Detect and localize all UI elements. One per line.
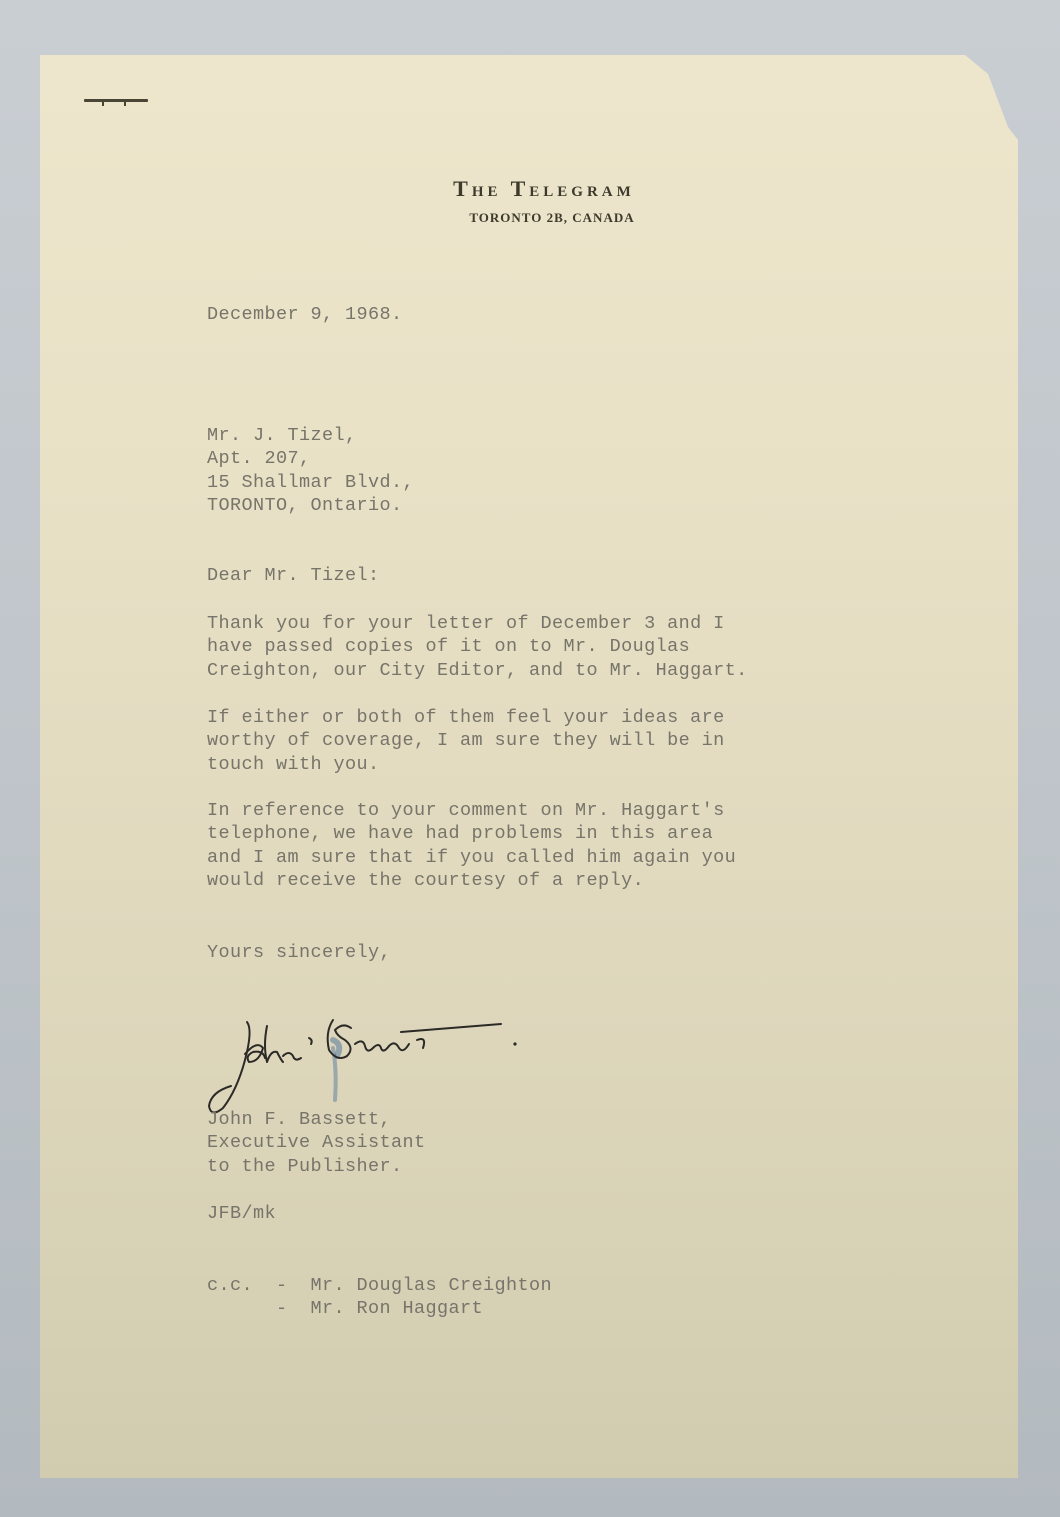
address-line: 15 Shallmar Blvd., [207,471,414,494]
letterhead-title: The Telegram [28,176,1060,202]
cc-line: c.c. - Mr. Douglas Creighton [207,1274,552,1297]
body-paragraph-2: If either or both of them feel your idea… [207,706,725,776]
signer-title-line-2: to the Publisher. [207,1155,426,1178]
body-paragraph-1: Thank you for your letter of December 3 … [207,612,748,682]
address-line: Apt. 207, [207,447,414,470]
body-paragraph-3: In reference to your comment on Mr. Hagg… [207,799,736,893]
signer-title-line-1: Executive Assistant [207,1131,426,1154]
carbon-copy-list: c.c. - Mr. Douglas Creighton - Mr. Ron H… [207,1274,552,1321]
address-line: TORONTO, Ontario. [207,494,414,517]
letter-date: December 9, 1968. [207,303,403,326]
reference-initials: JFB/mk [207,1202,276,1225]
closing: Yours sincerely, [207,941,391,964]
recipient-address: Mr. J. Tizel,Apt. 207,15 Shallmar Blvd.,… [207,424,414,518]
signer-name: John F. Bassett, [207,1108,426,1131]
salutation: Dear Mr. Tizel: [207,564,380,587]
handwritten-signature [205,1010,535,1120]
staple-mark [84,99,148,102]
letterhead: The Telegram TORONTO 2B, CANADA [0,176,1060,226]
signer-block: John F. Bassett,Executive Assistantto th… [207,1108,426,1178]
address-line: Mr. J. Tizel, [207,424,414,447]
letterhead-subtitle: TORONTO 2B, CANADA [44,210,1060,226]
cc-line: - Mr. Ron Haggart [207,1297,552,1320]
